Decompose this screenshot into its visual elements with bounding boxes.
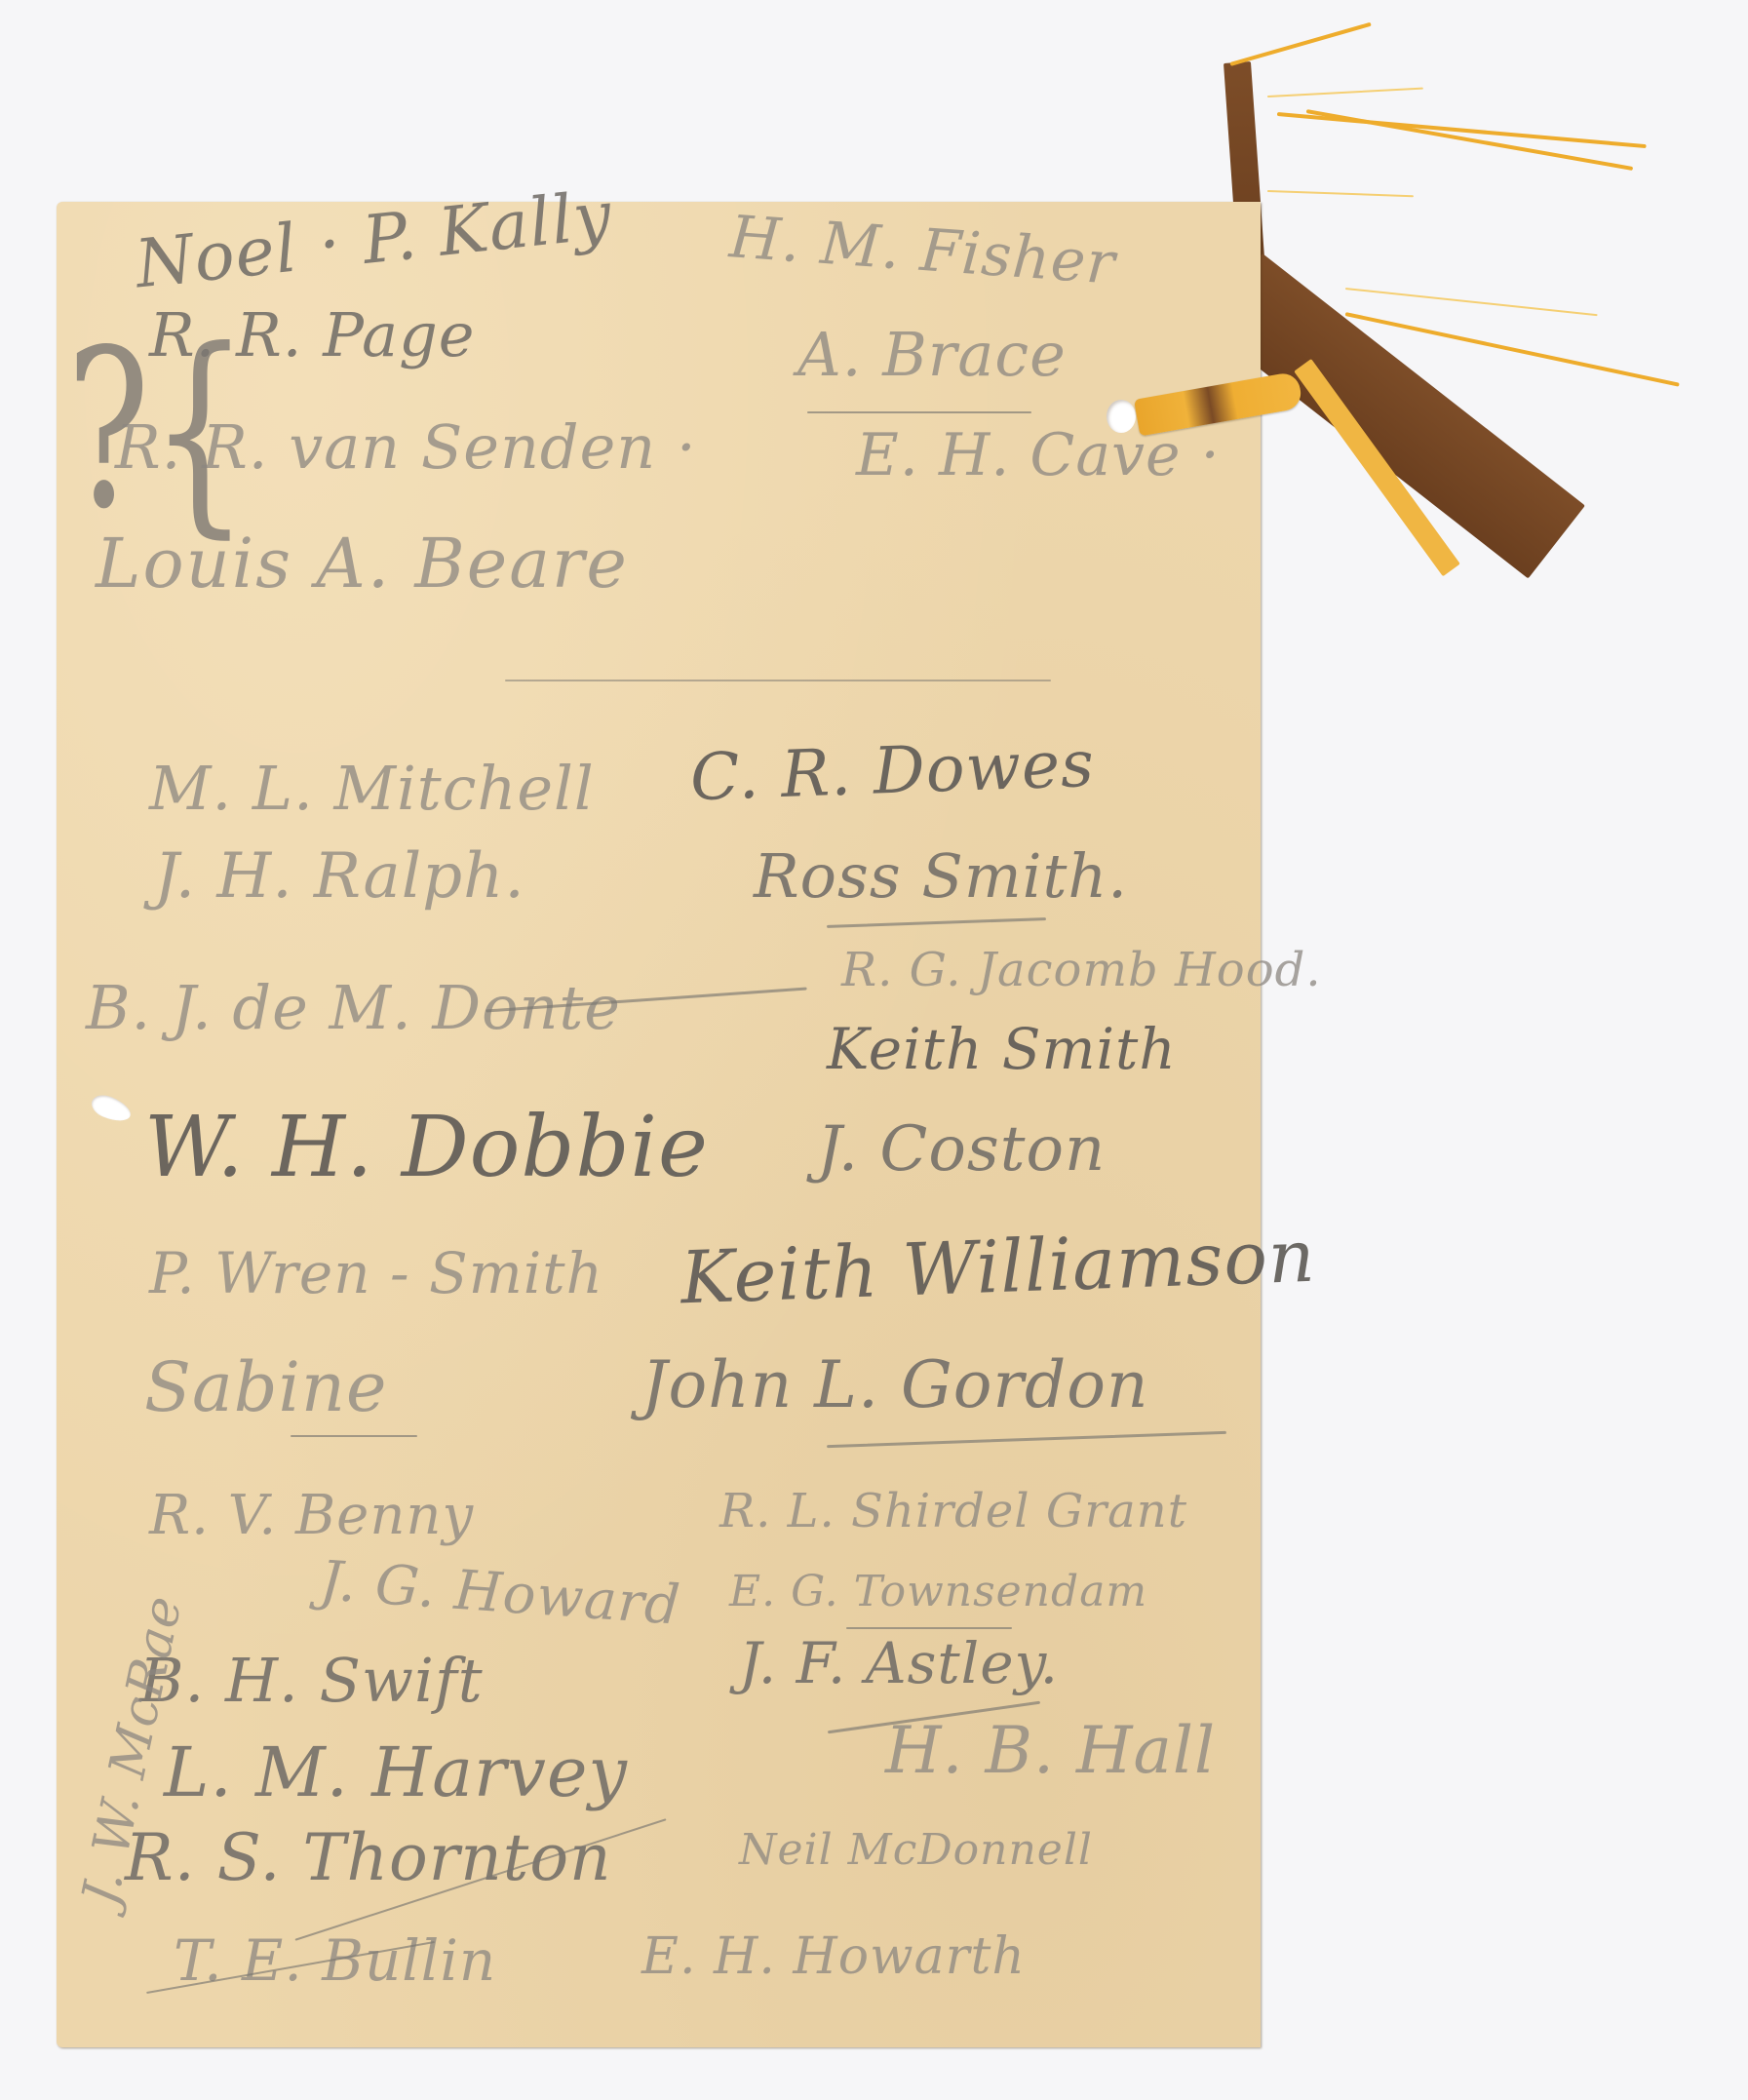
signature-noel-p-kelly: Noel · P. Kally — [132, 177, 615, 304]
ribbon-thread — [1267, 88, 1423, 97]
signature-sabine: Sabine — [144, 1347, 387, 1427]
signature-e-g-townsend: E. G. Townsendam — [729, 1567, 1147, 1616]
signature-m-l-mitchell: M. L. Mitchell — [149, 753, 595, 824]
signature-a-brace: A. Brace — [797, 319, 1067, 390]
ribbon-thread — [1229, 22, 1371, 66]
autograph-card: Noel · P. Kally H. M. Fisher R. R. Page … — [57, 202, 1261, 2047]
signature-r-s-thornton: R. S. Thornton — [125, 1820, 612, 1895]
signature-h-b-hall: H. B. Hall — [885, 1713, 1216, 1788]
signature-w-h-dobbie: W. H. Dobbie — [144, 1099, 709, 1196]
signature-neil-mcdonnell: Neil McDonnell — [739, 1825, 1093, 1875]
signature-ross-smith: Ross Smith. — [754, 840, 1128, 912]
signature-keith-williamson: Keith Williamson — [680, 1215, 1317, 1321]
ribbon-thread — [1345, 288, 1598, 316]
torn-hole — [88, 1091, 134, 1126]
signature-r-g-jacomb-hood: R. G. Jacomb Hood. — [841, 943, 1322, 997]
signature-t-e-bullin: T. E. Bullin — [174, 1927, 496, 1994]
signature-john-l-gordon: John L. Gordon — [641, 1347, 1148, 1422]
signature-underline — [827, 1431, 1226, 1448]
signature-b-h-swift: B. H. Swift — [139, 1645, 484, 1716]
signature-r-l-shirdel-grant: R. L. Shirdel Grant — [719, 1484, 1187, 1538]
signature-louis-a-beare: Louis A. Beare — [96, 524, 629, 603]
signature-underline — [827, 917, 1046, 928]
signature-h-m-fisher: H. M. Fisher — [727, 203, 1117, 297]
section-divider-line — [505, 680, 1051, 681]
signature-j-coston: J. Coston — [817, 1113, 1106, 1186]
signature-c-r-dowes: C. R. Dowes — [689, 726, 1096, 815]
signature-j-h-ralph: J. H. Ralph. — [154, 840, 525, 913]
ribbon-thread — [1267, 190, 1414, 197]
signature-l-m-harvey: L. M. Harvey — [164, 1732, 628, 1812]
ribbon-brown-lower — [1206, 253, 1585, 578]
signature-r-v-benny: R. V. Benny — [149, 1484, 474, 1547]
signature-j-f-astley: J. F. Astley. — [739, 1630, 1059, 1696]
signature-underline — [807, 411, 1031, 413]
signature-r-r-van-senden: R. R. van Senden · — [115, 411, 697, 483]
signature-keith-smith: Keith Smith — [827, 1016, 1177, 1082]
signature-e-h-howarth: E. H. Howarth — [641, 1927, 1026, 1986]
signature-underline — [291, 1435, 417, 1437]
signature-j-g-howard: J. G. Howard — [318, 1549, 682, 1638]
signature-underline — [846, 1627, 1012, 1629]
signature-p-wren-smith: P. Wren - Smith — [149, 1240, 603, 1306]
